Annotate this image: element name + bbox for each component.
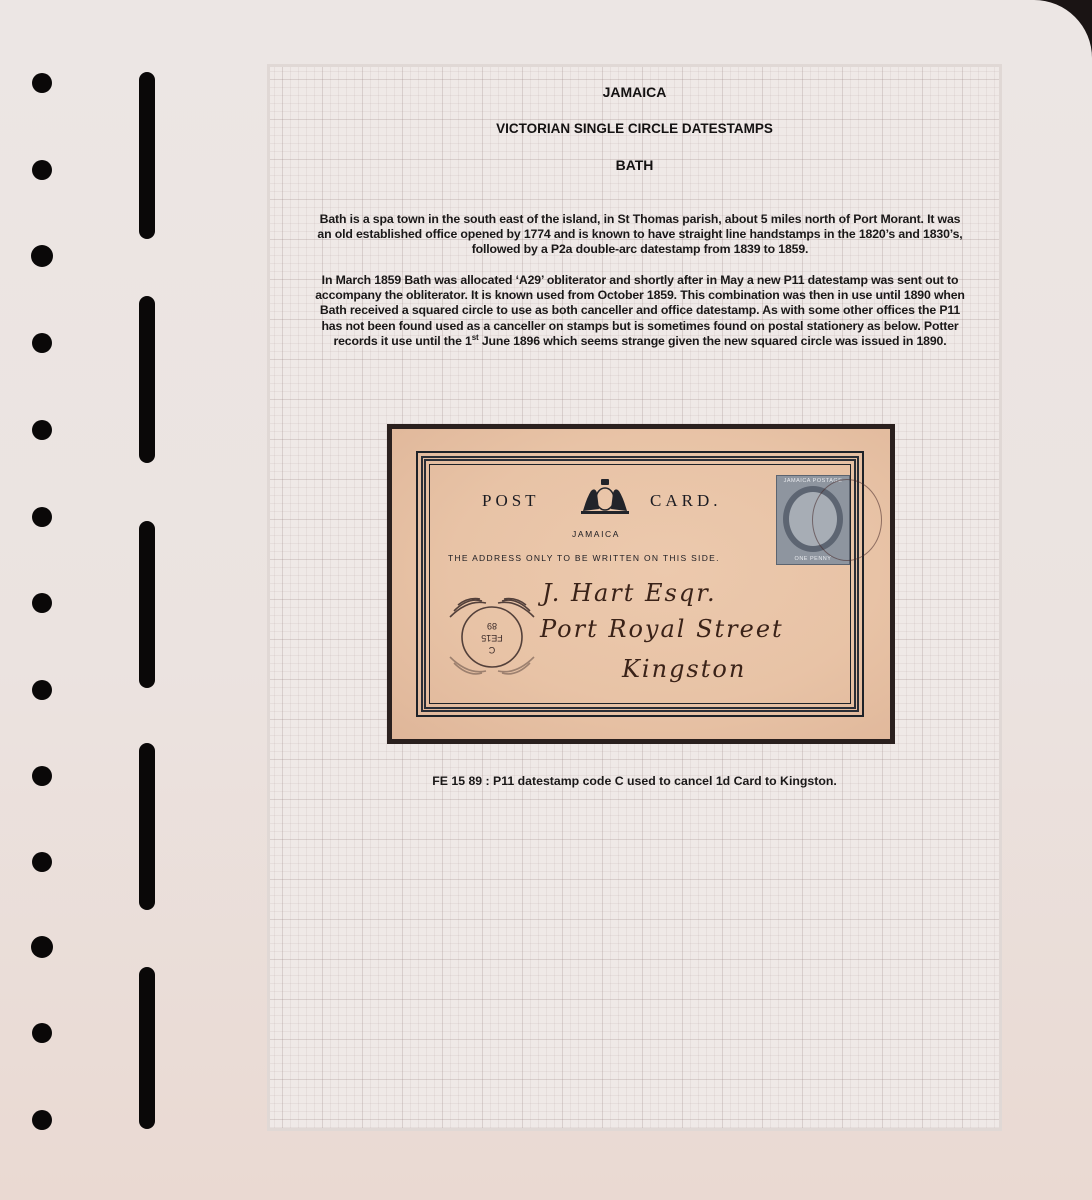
punch-hole (32, 160, 52, 180)
address-line-2: Port Royal Street (540, 615, 784, 643)
kingston-squared-circle-cancel: C FE15 89 (444, 589, 540, 685)
history-text-2: June 1896 which seems strange given the … (479, 334, 947, 348)
postcard-country: JAMAICA (572, 529, 620, 539)
royal-arms-crest-icon (578, 477, 632, 515)
svg-text:C: C (488, 645, 495, 655)
page-country-heading: JAMAICA (267, 84, 1002, 100)
album-page: JAMAICA VICTORIAN SINGLE CIRCLE DATESTAM… (0, 0, 1092, 1200)
punch-hole (32, 507, 52, 527)
binder-slot (139, 743, 155, 910)
intro-paragraph: Bath is a spa town in the south east of … (314, 212, 966, 258)
postcard-instruction: THE ADDRESS ONLY TO BE WRITTEN ON THIS S… (448, 553, 720, 563)
postcard-title-right: CARD. (650, 491, 721, 511)
punch-hole (32, 1110, 52, 1130)
punch-hole (32, 766, 52, 786)
punch-hole (32, 73, 52, 93)
punch-hole (32, 333, 52, 353)
punch-hole (31, 936, 53, 958)
postcard-mount: POST CARD. JAMAICA THE ADDRESS ONLY TO B… (387, 424, 895, 744)
binder-slot (139, 72, 155, 239)
page-office-heading: BATH (267, 157, 1002, 173)
address-line-1: J. Hart Esqr. (542, 579, 717, 607)
binder-slot (139, 967, 155, 1129)
punch-hole (32, 593, 52, 613)
bath-datestamp-cancel (812, 479, 882, 561)
svg-text:FE15: FE15 (481, 633, 503, 643)
binder-slot (139, 521, 155, 688)
history-sup: st (472, 333, 479, 342)
punch-hole (32, 680, 52, 700)
binder-slot (139, 296, 155, 463)
postcard-title-left: POST (482, 491, 540, 511)
postcard: POST CARD. JAMAICA THE ADDRESS ONLY TO B… (392, 429, 890, 739)
page-section-heading: VICTORIAN SINGLE CIRCLE DATESTAMPS (267, 121, 1002, 136)
punch-hole (32, 1023, 52, 1043)
punch-hole (32, 852, 52, 872)
punch-hole (32, 420, 52, 440)
svg-text:89: 89 (487, 621, 497, 631)
postcard-caption: FE 15 89 : P11 datestamp code C used to … (267, 774, 1002, 788)
address-line-3: Kingston (622, 655, 746, 683)
punch-hole (31, 245, 53, 267)
history-paragraph: In March 1859 Bath was allocated ‘A29’ o… (314, 273, 966, 349)
